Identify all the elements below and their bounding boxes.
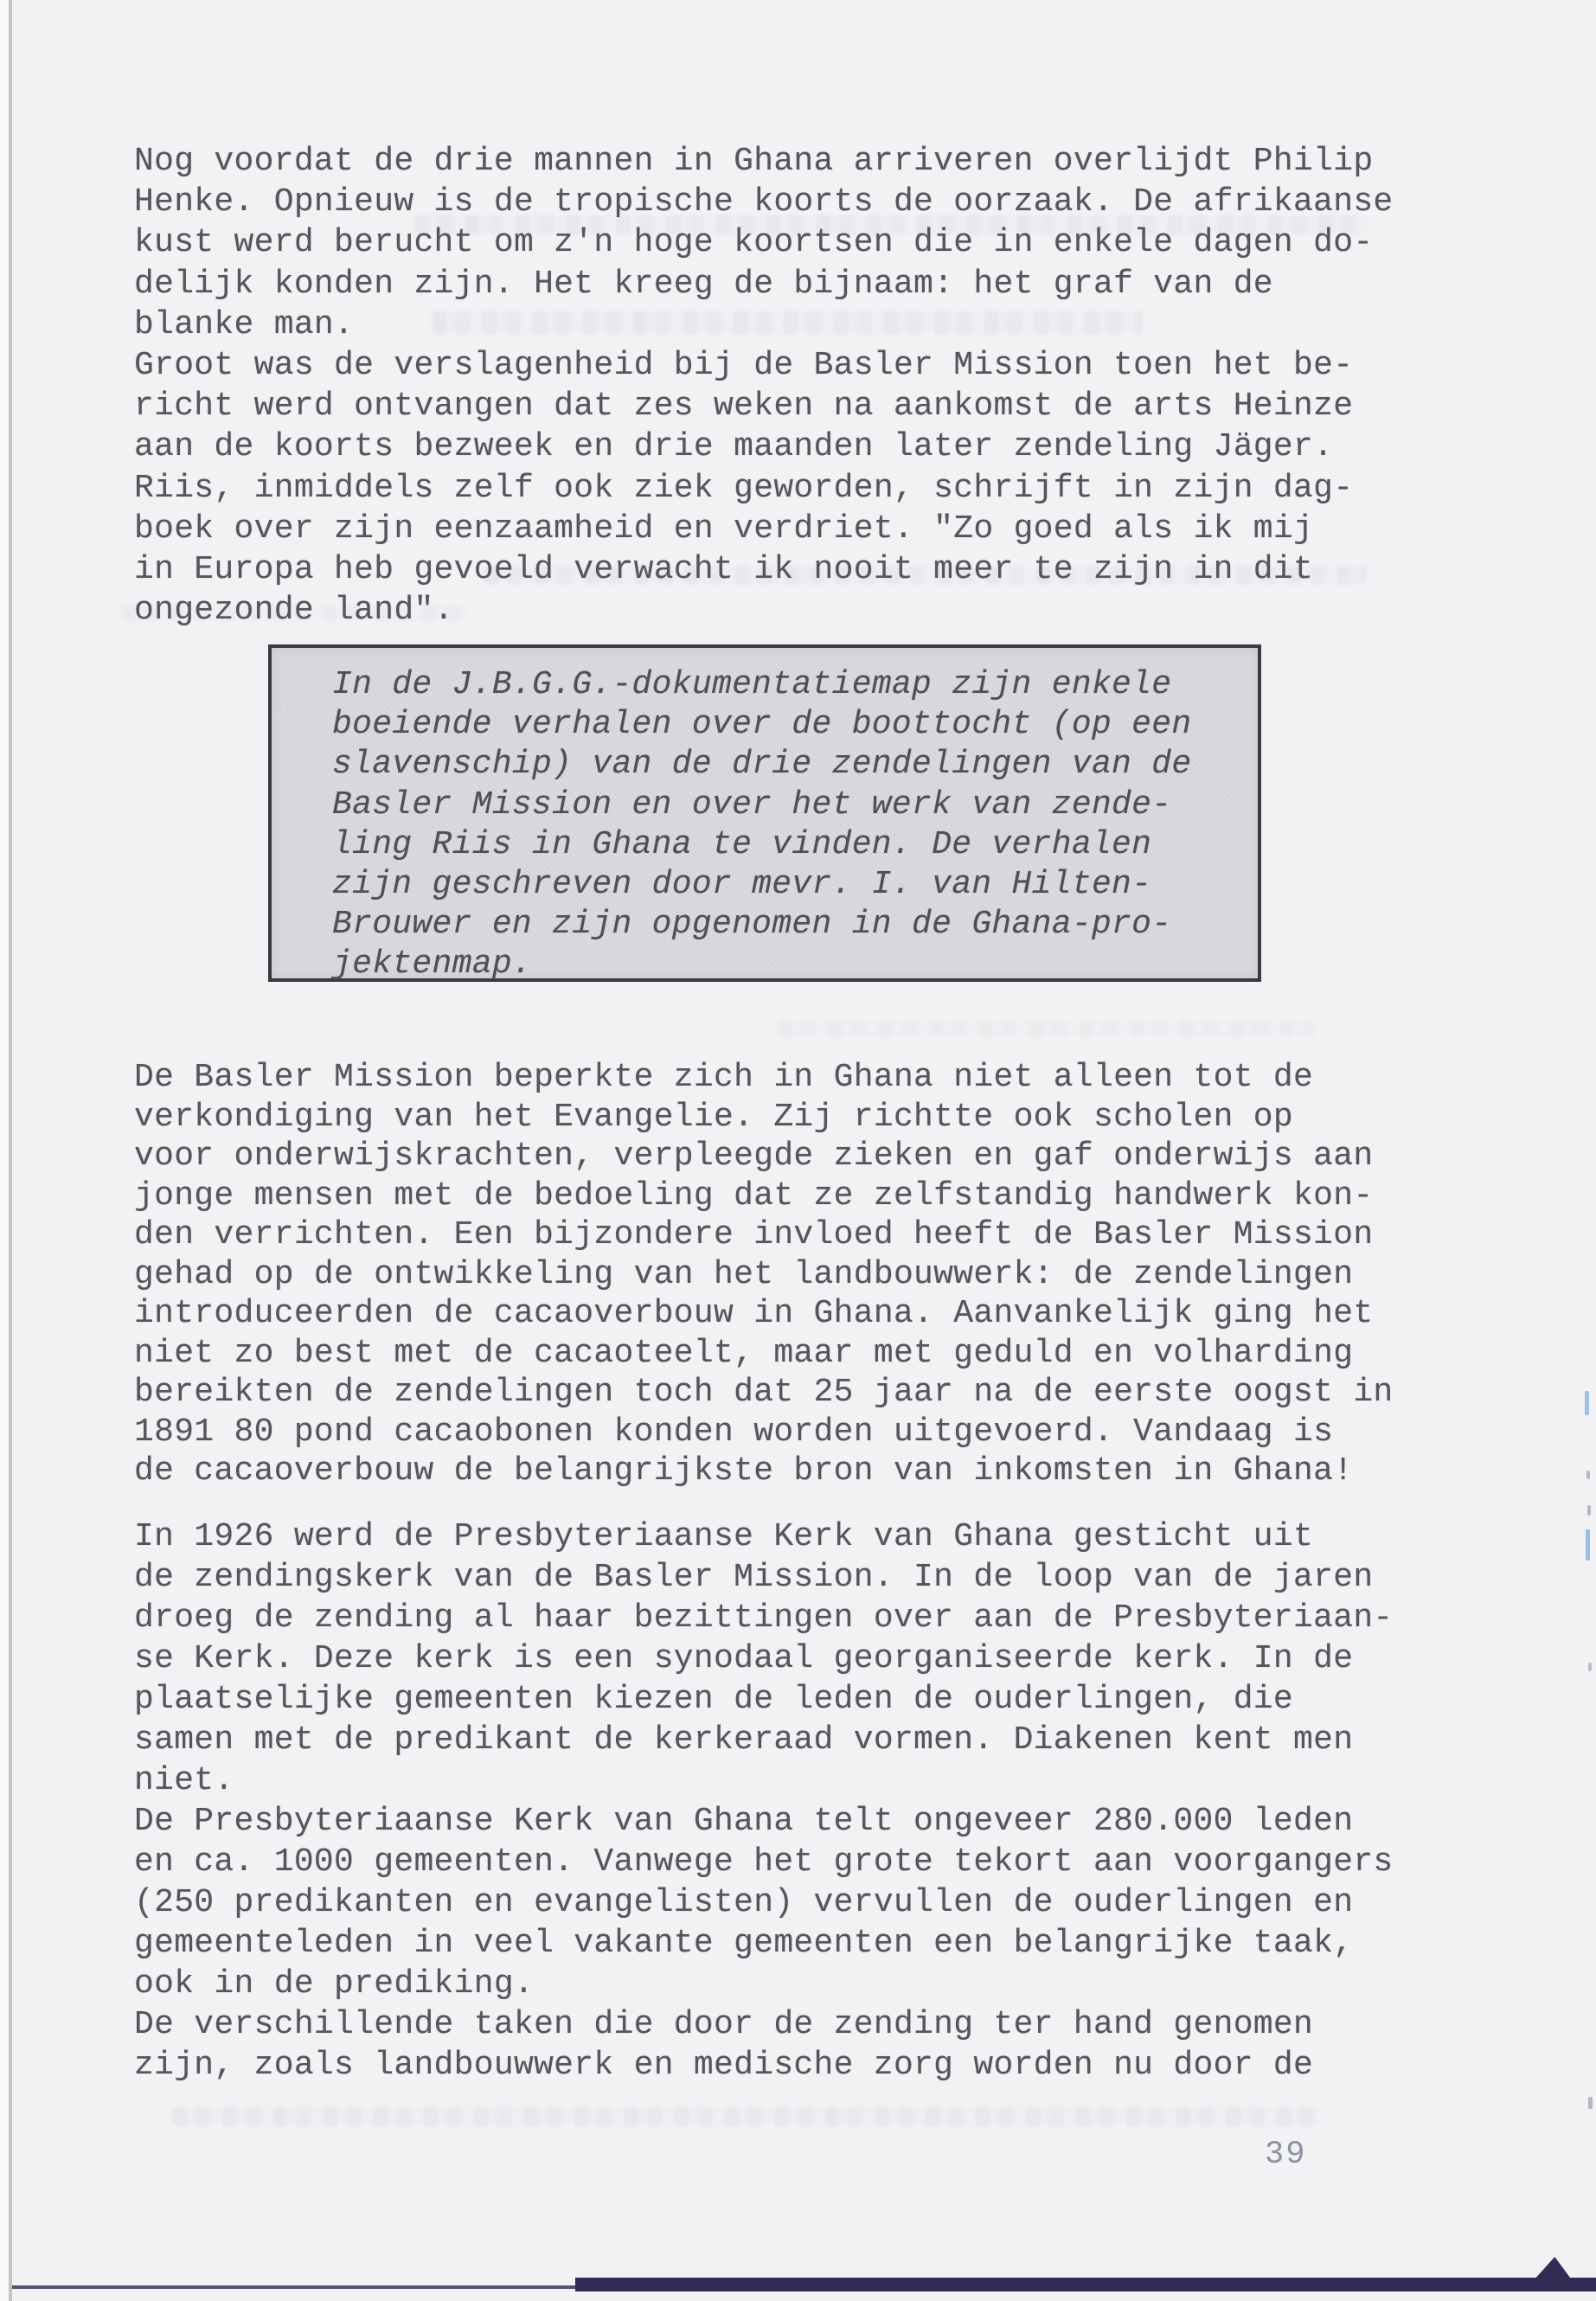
bottom-scan-bar-spike <box>1533 2257 1573 2281</box>
documentation-note-box: In de J.B.G.G.-dokumentatiemap zijn enke… <box>268 644 1261 982</box>
right-margin-speck <box>1586 1471 1590 1479</box>
scanned-document-page: Nog voordat de drie mannen in Ghana arri… <box>0 0 1596 2301</box>
page-number: 39 <box>1265 2137 1306 2173</box>
right-margin-blue-mark <box>1585 1391 1589 1415</box>
paragraph-mission-work-cocoa: De Basler Mission beperkte zich in Ghana… <box>134 1058 1406 1491</box>
page-left-margin-edge <box>0 0 9 2301</box>
scan-bleedthrough-artifact <box>779 1021 1315 1036</box>
scan-bleedthrough-artifact <box>173 2107 1315 2126</box>
right-margin-speck <box>1588 2097 1593 2109</box>
documentation-note-text: In de J.B.G.G.-dokumentatiemap zijn enke… <box>272 648 1258 985</box>
bottom-scan-bar <box>575 2278 1596 2291</box>
right-margin-speck <box>1587 1505 1591 1516</box>
paragraph-intro-fever-deaths: Nog voordat de drie mannen in Ghana arri… <box>134 141 1406 631</box>
right-margin-blue-mark <box>1586 1529 1590 1561</box>
paragraph-presbyterian-church: In 1926 werd de Presbyteriaanse Kerk van… <box>134 1516 1406 2086</box>
page-left-edge-line <box>9 0 12 2301</box>
right-margin-speck <box>1588 1663 1592 1671</box>
